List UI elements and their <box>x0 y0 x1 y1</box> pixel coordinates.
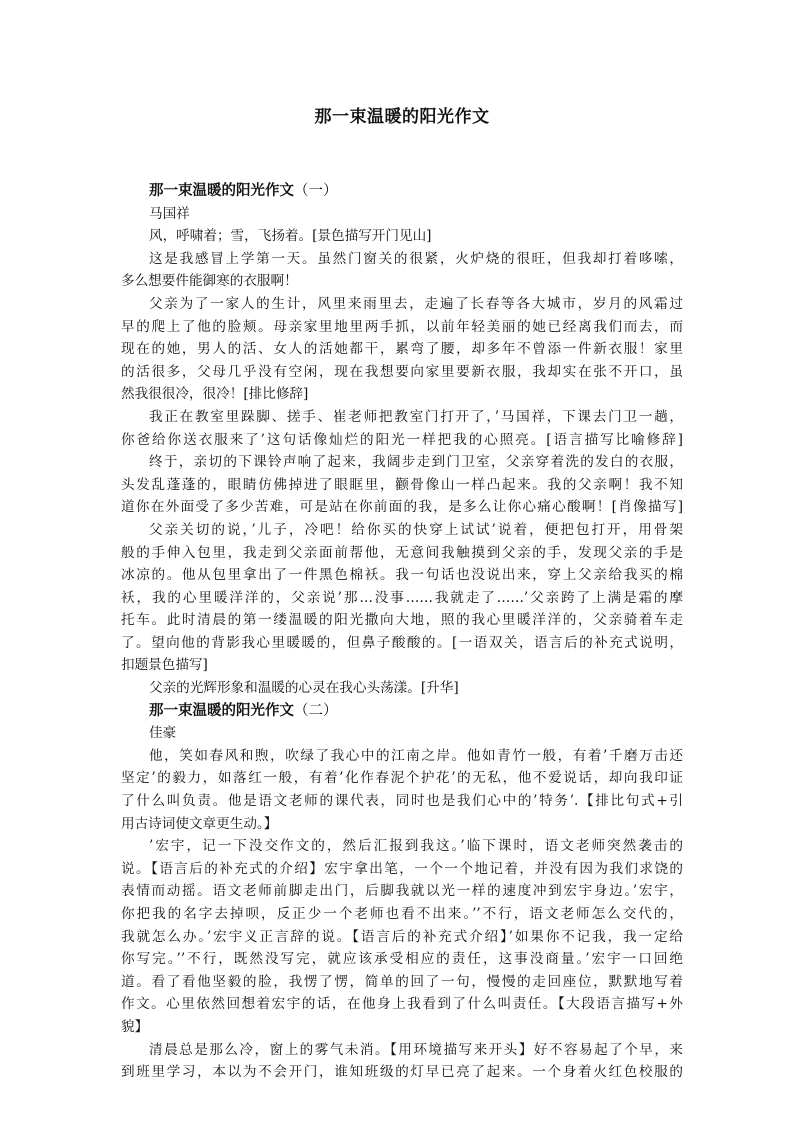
text-line: 然我很很冷，很冷！[排比修辞] <box>121 383 683 406</box>
section-heading: 那一束温暖的阳光作文（一） <box>121 180 683 203</box>
text-line: 我正在教室里跺脚、搓手、崔老师把教室门打开了，’马国祥，下课去门卫一趟， <box>121 406 683 429</box>
text-line: 你写完。’’不行，既然没写完，就应该承受相应的责任，这事没商量。’宏宇一口回绝 <box>121 948 683 971</box>
text-line: 我就怎么办。’宏宇义正言辞的说。【语言后的补充式介绍】’如果你不记我，我一定给 <box>121 926 683 949</box>
text-line: 表情而动摇。语文老师前脚走出门，后脚我就以光一样的速度冲到宏宇身边。’宏宇， <box>121 880 683 903</box>
text-line: 早的爬上了他的脸颊。母亲家里地里两手抓，以前年轻美丽的她已经离我们而去，而 <box>121 316 683 339</box>
text-line: 风，呼啸着；雪，飞扬着。[景色描写开门见山] <box>121 225 683 248</box>
text-line: 到班里学习，本以为不会开门，谁知班级的灯早已亮了起来。一个身着火红色校服的 <box>121 1061 683 1084</box>
text-line: 道。看了看他坚毅的脸，我愣了愣，简单的回了一句，慢慢的走回座位，默默地写着 <box>121 971 683 994</box>
text-line: 你把我的名字去掉呗，反正少一个老师也看不出来。’’不行，语文老师怎么交代的， <box>121 903 683 926</box>
text-line: 多么想要件能御寒的衣服啊！ <box>121 270 683 293</box>
text-line: 坚定’的毅力，如落红一般，有着’化作春泥个护花’的无私，他不爱说话，却向我印证 <box>121 767 683 790</box>
text-line: 用古诗词使文章更生动。】 <box>121 813 683 836</box>
text-line: 了。望向他的背影我心里暖暖的，但鼻子酸酸的。[一语双关，语言后的补充式说明， <box>121 632 683 655</box>
text-line: 了什么叫负责。他是语文老师的课代表，同时也是我们心中的’特务’.【排比句式+引 <box>121 790 683 813</box>
section-number: （一） <box>294 183 338 199</box>
text-line: 这是我感冒上学第一天。虽然门窗关的很紧，火炉烧的很旺，但我却打着哆嗦， <box>121 248 683 271</box>
text-line: 父亲为了一家人的生计，风里来雨里去，走遍了长春等各大城市，岁月的风霜过 <box>121 293 683 316</box>
document-title: 那一束温暖的阳光作文 <box>121 105 683 129</box>
text-line: ’宏宇，记一下没交作文的，然后汇报到我这。’临下课时，语文老师突然袭击的 <box>121 835 683 858</box>
text-line: 貌】 <box>121 1016 683 1039</box>
text-line: 扣题景色描写] <box>121 654 683 677</box>
section-author: 佳豪 <box>121 722 683 745</box>
text-line: 的活很多，父母几乎没有空闲，现在我想要向家里要新衣服，我却实在张不开口，虽 <box>121 361 683 384</box>
text-line: 现在的她，男人的活、女人的活她都干，累弯了腰，却多年不曾添一件新衣服！家里 <box>121 338 683 361</box>
text-line: 作文。心里依然回想着宏宇的话，在他身上我看到了什么叫责任。【大段语言描写+外 <box>121 993 683 1016</box>
text-line: 父亲的光辉形象和温暖的心灵在我心头荡漾。[升华] <box>121 677 683 700</box>
text-line: 终于，亲切的下课铃声响了起来，我阔步走到门卫室，父亲穿着洗的发白的衣服， <box>121 451 683 474</box>
section-number: （二） <box>294 703 338 719</box>
text-line: 托车。此时清晨的第一缕温暖的阳光撒向大地，照的我心里暖洋洋的，父亲骑着车走 <box>121 609 683 632</box>
document-body: 那一束温暖的阳光作文（一）马国祥风，呼啸着；雪，飞扬着。[景色描写开门见山]这是… <box>121 180 683 1084</box>
text-line: 你爸给你送衣服来了’这句话像灿烂的阳光一样把我的心照亮。[语言描写比喻修辞] <box>121 429 683 452</box>
section-heading-text: 那一束温暖的阳光作文 <box>149 703 294 719</box>
text-line: 冰凉的。他从包里拿出了一件黑色棉袄。我一句话也没说出来，穿上父亲给我买的棉 <box>121 564 683 587</box>
text-line: 道你在外面受了多少苦难，可是站在你前面的我，是多么让你心痛心酸啊！[肖像描写] <box>121 496 683 519</box>
text-line: 他，笑如春风和煦，吹绿了我心中的江南之岸。他如青竹一般，有着’千磨万击还 <box>121 745 683 768</box>
text-line: 父亲关切的说，’儿子，冷吧！给你买的快穿上试试’说着，便把包打开，用骨架 <box>121 519 683 542</box>
section-author: 马国祥 <box>121 203 683 226</box>
text-line: 袄，我的心里暖洋洋的，父亲说’那…没事……我就走了……’父亲跨了上满是霜的摩 <box>121 587 683 610</box>
text-line: 说。【语言后的补充式的介绍】宏宇拿出笔，一个一个地记着，并没有因为我们求饶的 <box>121 858 683 881</box>
text-line: 般的手伸入包里，我走到父亲面前帮他，无意间我触摸到父亲的手，发现父亲的手是 <box>121 542 683 565</box>
section-heading: 那一束温暖的阳光作文（二） <box>121 700 683 723</box>
text-line: 头发乱蓬蓬的，眼睛仿佛掉进了眼眶里，颧骨像山一样凸起来。我的父亲啊！我不知 <box>121 474 683 497</box>
text-line: 清晨总是那么冷，窗上的雾气未消。【用环境描写来开头】好不容易起了个早，来 <box>121 1039 683 1062</box>
document-page: 那一束温暖的阳光作文 那一束温暖的阳光作文（一）马国祥风，呼啸着；雪，飞扬着。[… <box>121 105 683 1084</box>
section-heading-text: 那一束温暖的阳光作文 <box>149 183 294 199</box>
